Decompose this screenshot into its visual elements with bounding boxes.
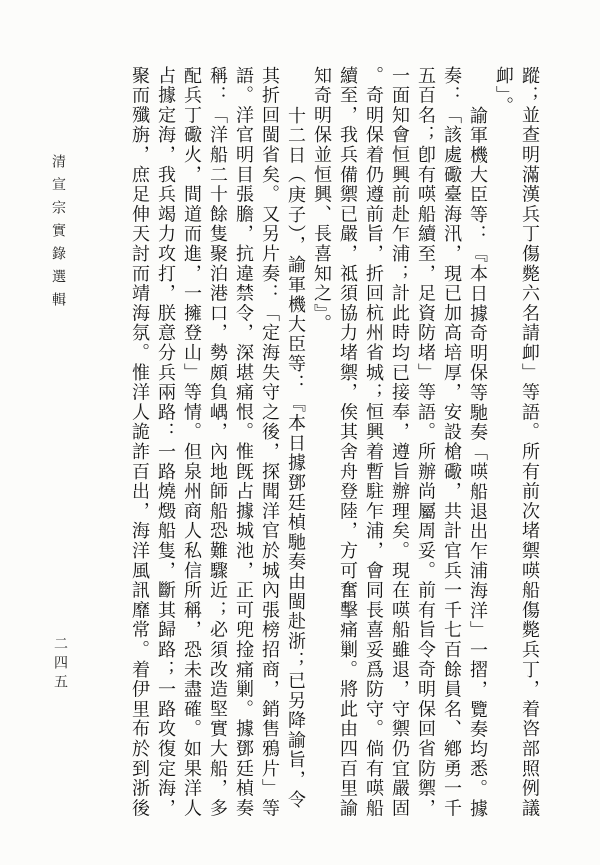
paragraph-edict-1: 諭軍機大臣等：『本日據奇明保等馳奏「𠸄船退出乍浦海洋」一摺，覽奏均悉。據奏：「該… xyxy=(309,66,491,819)
paragraph-edict-2: 十二日（庚子），諭軍機大臣等：『本日據鄧廷楨馳奏由閩赴浙；已另降諭旨，令其折回閩… xyxy=(127,66,309,819)
paragraph-continuation: 蹤；並查明滿漢兵丁傷斃六名請卹」等語。所有前次堵禦𠸄船傷斃兵丁，着咨部照例議卹」… xyxy=(491,66,543,819)
book-page: 清宣宗實錄選輯 二四五 蹤；並查明滿漢兵丁傷斃六名請卹」等語。所有前次堵禦𠸄船傷… xyxy=(0,0,600,865)
running-title: 清宣宗實錄選輯 xyxy=(47,154,67,315)
page-number: 二四五 xyxy=(49,636,69,693)
main-text-block: 蹤；並查明滿漢兵丁傷斃六名請卹」等語。所有前次堵禦𠸄船傷斃兵丁，着咨部照例議卹」… xyxy=(127,66,543,819)
